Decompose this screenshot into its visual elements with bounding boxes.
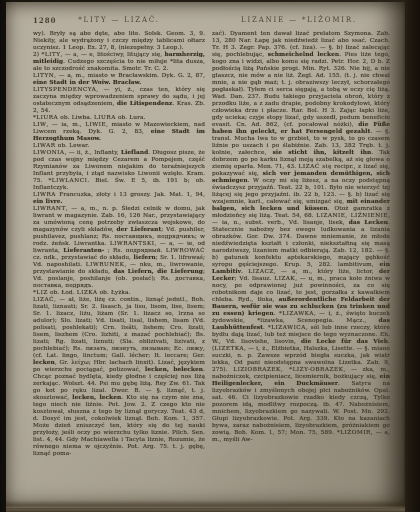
headword: LIWRANTSKI: [110, 241, 155, 247]
left-column: wy). Bryły są abo dęte, abo lite. Solsk.…: [33, 31, 205, 458]
headword: LITYSPENDENCYA: [33, 87, 96, 93]
page-right-shadow-edge: [402, 0, 420, 512]
headword: LIZANIE, LIŹNIENIE: [316, 213, 388, 219]
headword: *LIWLANCI: [48, 178, 87, 184]
headword: LIZKA: [77, 290, 98, 296]
headword: LIWIE: [85, 122, 106, 128]
entry-text: ob. Łod.: [48, 290, 77, 296]
entry-text: ; Rs. подрядный.: [104, 248, 165, 254]
running-head-left: *LITY — LIZAĆ.: [33, 16, 205, 24]
german-gloss: liefern: [134, 255, 156, 261]
dictionary-entry: LITYN, — a, m., miasto w Bracławskim. Dy…: [33, 73, 205, 87]
german-gloss: die Litispendenz: [117, 101, 172, 107]
dictionary-entry: LIWONIA, — ii, ż., Inflanty, Liefland. D…: [33, 150, 205, 192]
entry-text: ob. Lewar.: [56, 143, 90, 149]
dictionary-entry: LIWRA Francuzka, złoty i 13 groszy. Jak.…: [33, 192, 205, 206]
right-column: zać). Dyament ten dawał lizać prełatom S…: [212, 31, 390, 458]
german-gloss: ein livre.: [33, 199, 63, 205]
german-gloss: sie sticht ihn, kitzelt ihn: [273, 150, 372, 156]
headword: LIWAR: [33, 143, 56, 149]
dictionary-entry: LIW, — ia, m., LIWIE, miasto w Mazowieck…: [33, 122, 205, 143]
dictionary-entry: wy). Bryły są abo dęte, abo lite. Solsk.…: [33, 31, 205, 52]
german-gloss: die Lecke für das Vieh: [301, 339, 388, 345]
headword: *LIURA: [33, 115, 58, 121]
headword: *LIZAWICA: [268, 325, 306, 331]
dictionary-entry: 2) *LITY, — a, — e, litościwy, litujący …: [33, 52, 205, 73]
entry-text: . Pies liże tego, kogo zna i widzi, albo…: [212, 52, 390, 128]
headword: LIZETKA: [214, 346, 244, 352]
headword: LITYN: [33, 73, 54, 79]
headword: LIWRUNEK: [86, 262, 125, 268]
entry-text: . Satyra na lizyobrazków i zmyślonych ob…: [212, 381, 390, 436]
german-gloss: der Lieferant: [117, 227, 162, 233]
entry-text: cz. ndk., przystawiać do składu,: [33, 255, 134, 261]
german-gloss: lecken, lecken: [72, 395, 121, 401]
headword: LIWRA: [33, 192, 56, 198]
headword: LIZAĆ: [33, 297, 54, 303]
entry-text: 2): [33, 52, 42, 58]
headword: LIWROWAĆ: [166, 248, 205, 254]
entry-text: ; Vd. lisauz.: [235, 276, 275, 282]
headword: LIW: [33, 122, 46, 128]
german-gloss: das Lecken: [349, 220, 388, 226]
entry-text: , — ia, m.,: [46, 122, 85, 128]
entry-text: , — a, m., który liże, lictor,: [274, 269, 379, 275]
german-gloss: Lieferanten-: [63, 248, 104, 254]
entry-text: wy). Bryły są abo dęte, abo lite. Solsk.…: [33, 31, 205, 51]
entry-text: . Kto się na czym nie zna, tego niech ni…: [33, 395, 205, 457]
headword: *LITY: [42, 52, 61, 58]
german-gloss: das Liefern, die Lieferung: [113, 269, 203, 275]
german-gloss: Liefland: [121, 150, 148, 156]
headword: LIZAĆ się: [299, 164, 332, 170]
entry-text: , — a, — e, litościwy, litujący się,: [61, 52, 165, 58]
headword: LIZACZ: [248, 269, 274, 275]
german-gloss: schmeichelnd lecken: [268, 52, 339, 58]
scanned-dictionary-page: 1280 *LITY — LIZAĆ. LIZANIE — *LIŻOMIR. …: [0, 0, 420, 512]
headword: *LIZAWKA: [279, 311, 314, 317]
headword: LIWONIA: [33, 150, 65, 156]
entry-text: ob. Łyżka.: [97, 290, 130, 296]
german-gloss: lecken, belecken: [145, 367, 203, 373]
dictionary-entry: LITYSPENDENCYA, — yi, ż., czas ten, któr…: [33, 87, 205, 115]
entry-text: , — a, m., miasto w Bracławskim. Dyk. G.…: [54, 73, 205, 79]
dictionary-entry: *LIZ ob. Łod. LIZKA ob. Łyżka.: [33, 290, 205, 297]
running-head-right: LIZANIE — *LIŻOMIR.: [206, 16, 392, 24]
page-bottom-edge: [6, 500, 405, 512]
german-gloss: lecken: [33, 360, 55, 366]
paper-sheet: 1280 *LITY — LIZAĆ. LIZANIE — *LIŻOMIR. …: [6, 2, 405, 508]
dictionary-entry: *LIURA ob. Liwba. LIURA ob. Lura.: [33, 115, 205, 122]
entry-text: . Statecznie nabożny bez owego ludkowani…: [212, 220, 390, 268]
headword: LIZAK: [274, 276, 295, 282]
entry-text: ob. Lura.: [116, 115, 146, 121]
entry-text: , — ii, ż., Inflanty,: [65, 150, 121, 156]
headword: *LIŻOMIR: [337, 430, 371, 436]
dictionary-entry: LIZAĆ, — ał, liże, liżę cz. contin., liz…: [33, 297, 205, 458]
entry-text: ob. Liwba.: [58, 115, 94, 121]
headword: *LIZ: [33, 290, 48, 296]
dictionary-entry: LIWRANT, — a, m., n. p. Śledzi celnik w …: [33, 206, 205, 290]
dictionary-entry: zać). Dyament ten dawał lizać prełatom S…: [212, 31, 390, 444]
headword: LIWRANT: [33, 206, 66, 212]
text-columns: wy). Bryły są abo dęte, abo lite. Solsk.…: [33, 31, 390, 458]
german-gloss: eine Stadt in der Woiw. Bracław.: [33, 80, 141, 86]
headword: LIZIOBRAZEK, *LIZY-OBRAZEK: [233, 367, 343, 373]
entry-text: , — ał, liże, liżę cz. contin., liznąć j…: [33, 297, 205, 359]
entry-text: Francuzka, złoty i 13 groszy. Jak. Mat. …: [56, 192, 205, 198]
dictionary-entry: LIWAR ob. Lewar.: [33, 143, 205, 150]
headword: LIURA: [94, 115, 116, 121]
